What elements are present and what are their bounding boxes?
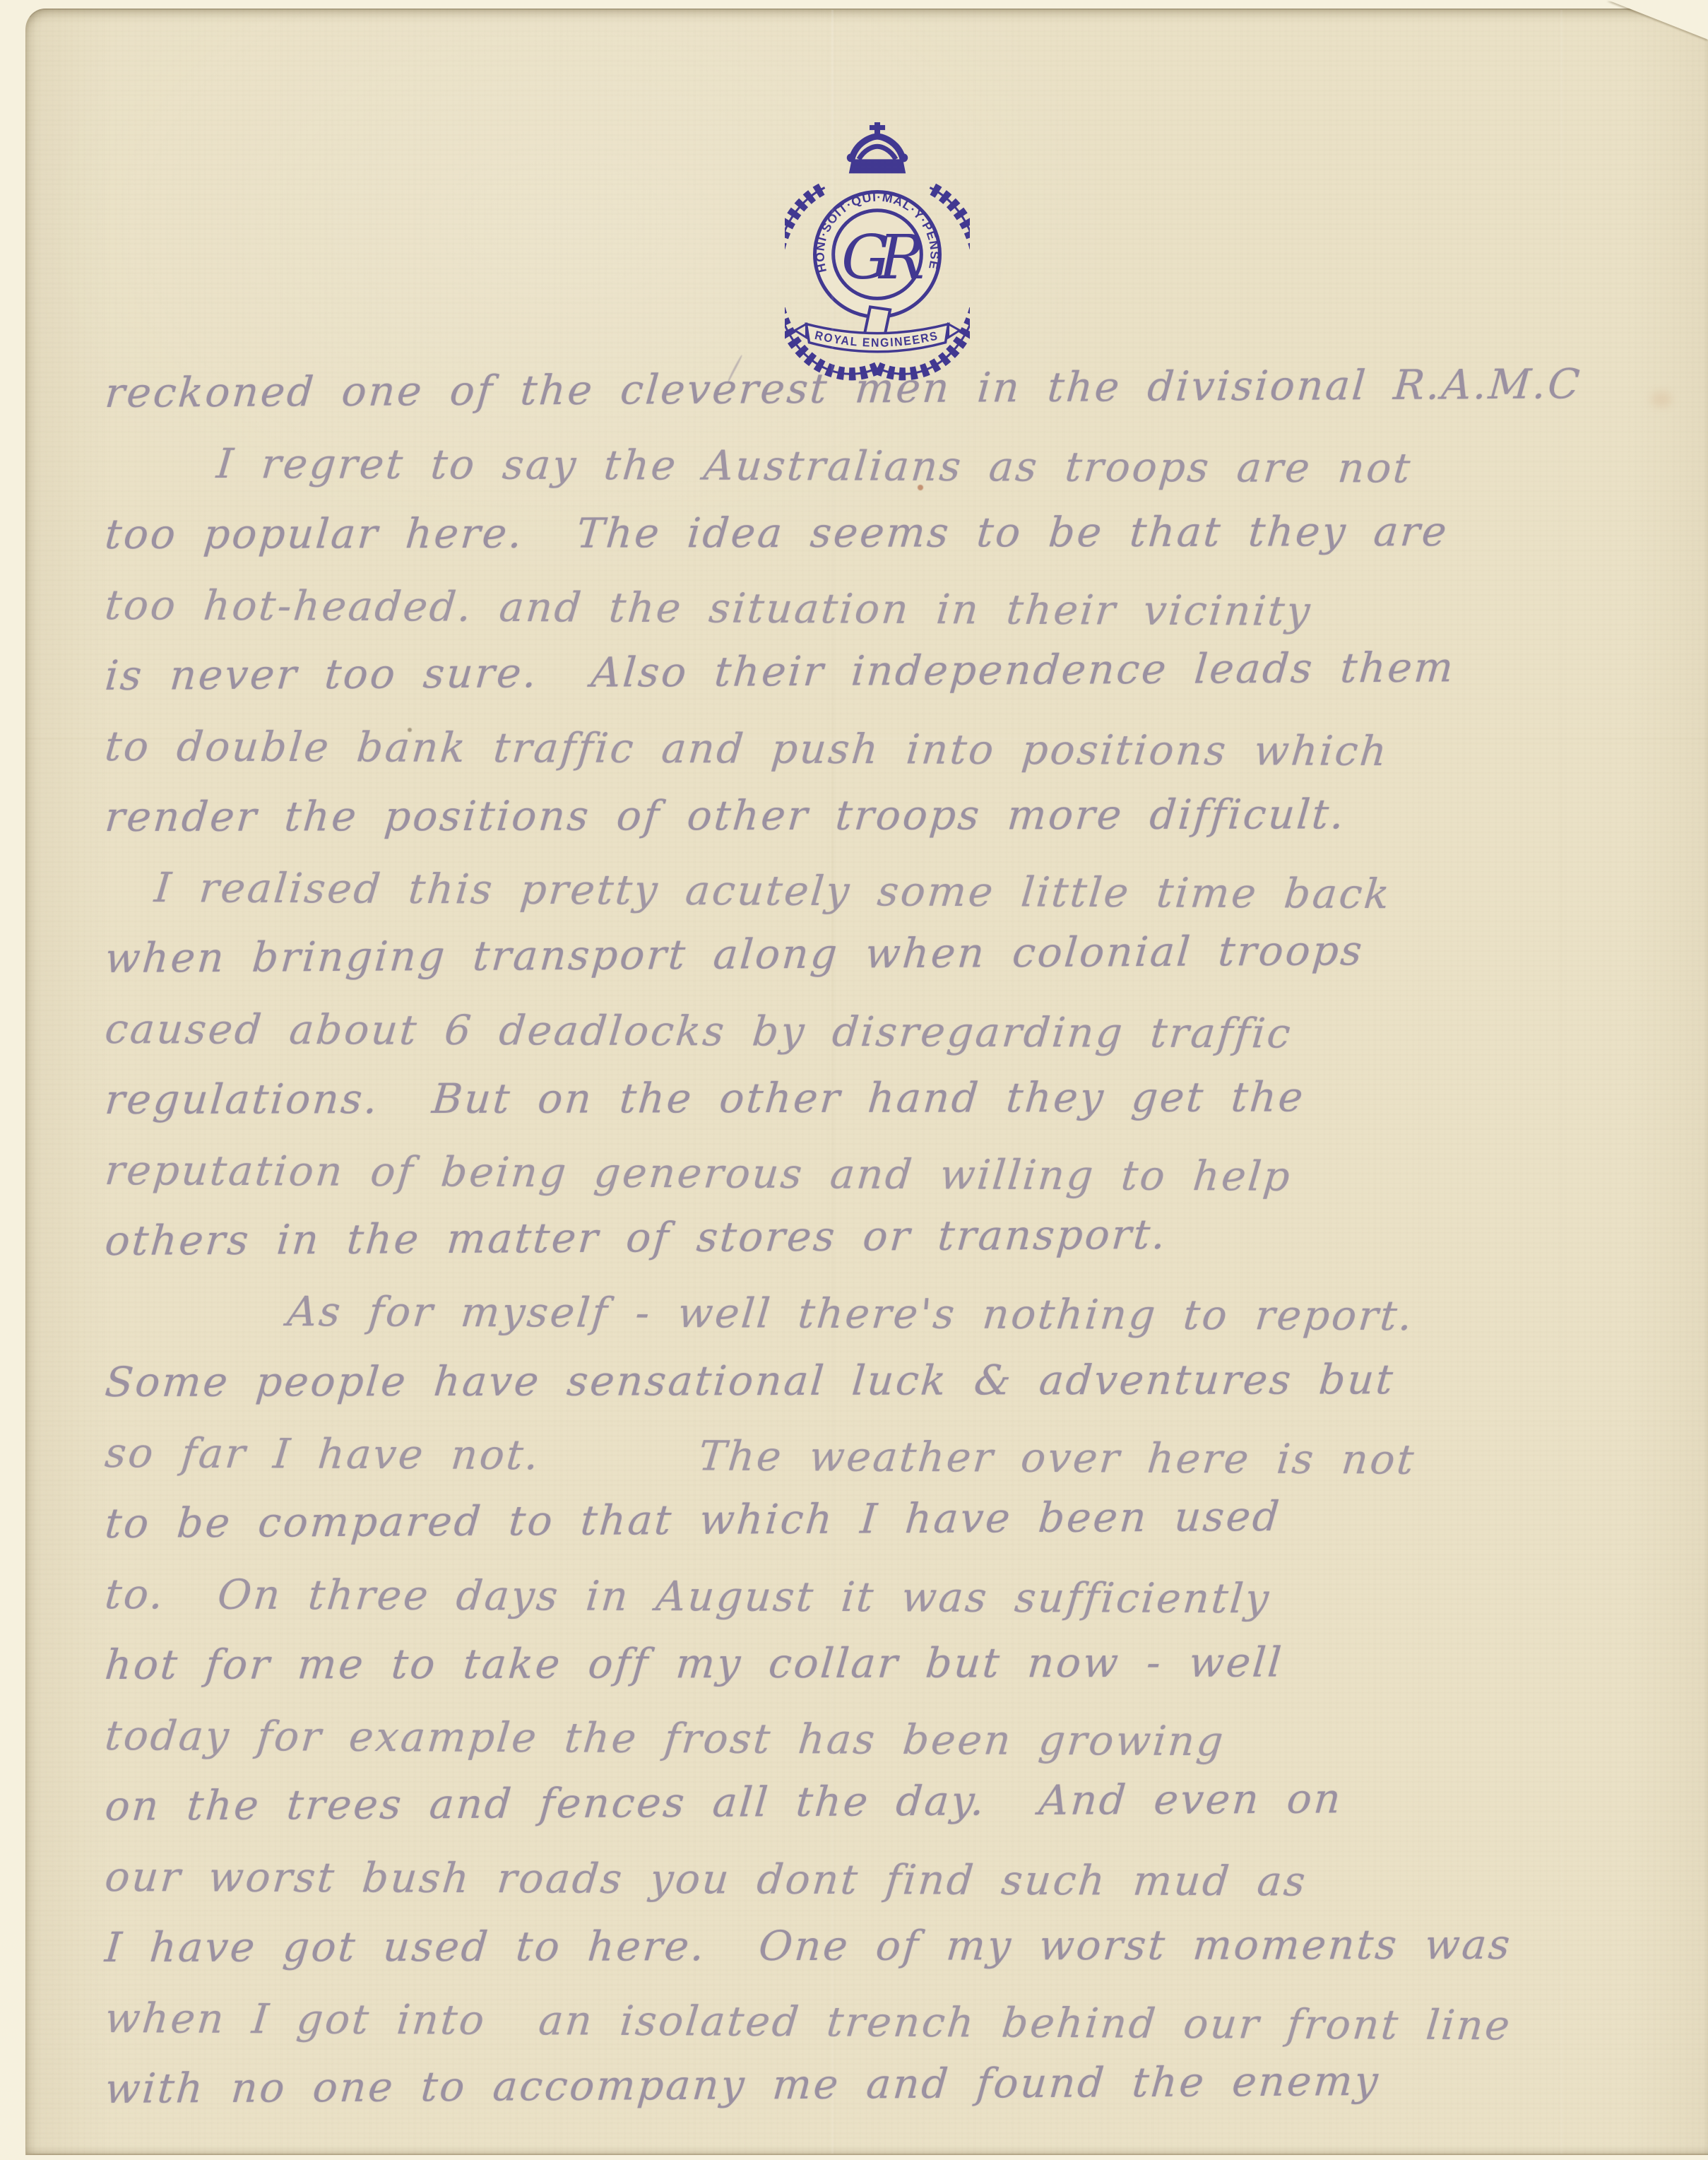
handwriting-line: our worst bush roads you dont find such … <box>102 1841 1708 1918</box>
handwriting-line: Some people have sensational luck & adve… <box>102 1343 1708 1417</box>
page-corner-notch <box>1608 0 1708 40</box>
crown-icon <box>847 122 908 173</box>
stain-spot <box>918 485 923 490</box>
handwriting-line: render the positions of other troops mor… <box>102 778 1708 852</box>
stain-spot <box>1651 391 1672 407</box>
handwriting-line: reckoned one of the cleverest men in the… <box>102 348 1708 428</box>
handwriting-line: to. On three days in August it was suffi… <box>102 1559 1708 1636</box>
fold-crease <box>26 738 1708 740</box>
fold-crease <box>1560 10 1562 2154</box>
fold-crease <box>831 10 834 2154</box>
royal-engineers-crest-icon: HONI·SOIT·QUI·MAL·Y·PENSE GR ROYAL ENGIN… <box>785 118 970 381</box>
scan-background: HONI·SOIT·QUI·MAL·Y·PENSE GR ROYAL ENGIN… <box>0 0 1708 2160</box>
stain-spot <box>408 728 412 732</box>
handwriting-line: others in the matter of stores or transp… <box>102 1196 1708 1276</box>
handwriting-line: with no one to accompany me and found th… <box>102 2043 1708 2124</box>
handwriting-line: caused about 6 deadlocks by disregarding… <box>102 993 1708 1070</box>
handwriting-line: to be compared to that which I have been… <box>102 1478 1708 1559</box>
letter-body: reckoned one of the cleverest men in the… <box>105 358 1708 2124</box>
handwriting-line: hot for me to take off my collar but now… <box>102 1626 1708 1700</box>
royal-monogram: GR <box>841 223 923 293</box>
letter-page: HONI·SOIT·QUI·MAL·Y·PENSE GR ROYAL ENGIN… <box>25 8 1708 2155</box>
handwriting-line: too popular here. The idea seems to be t… <box>102 495 1708 569</box>
handwriting-line: I regret to say the Australians as troop… <box>213 428 1708 504</box>
handwriting-line: on the trees and fences all the day. And… <box>102 1761 1708 1841</box>
handwriting-line: I have got used to here. One of my worst… <box>102 1908 1708 1983</box>
handwriting-line: As for myself - well there's nothing to … <box>284 1276 1708 1352</box>
handwriting-line: when bringing transport along when colon… <box>102 913 1708 993</box>
handwriting-line: regulations. But on the other hand they … <box>102 1061 1708 1135</box>
handwriting-line: is never too sure. Also their independen… <box>102 630 1708 711</box>
handwriting-line: to double bank traffic and push into pos… <box>102 711 1708 788</box>
